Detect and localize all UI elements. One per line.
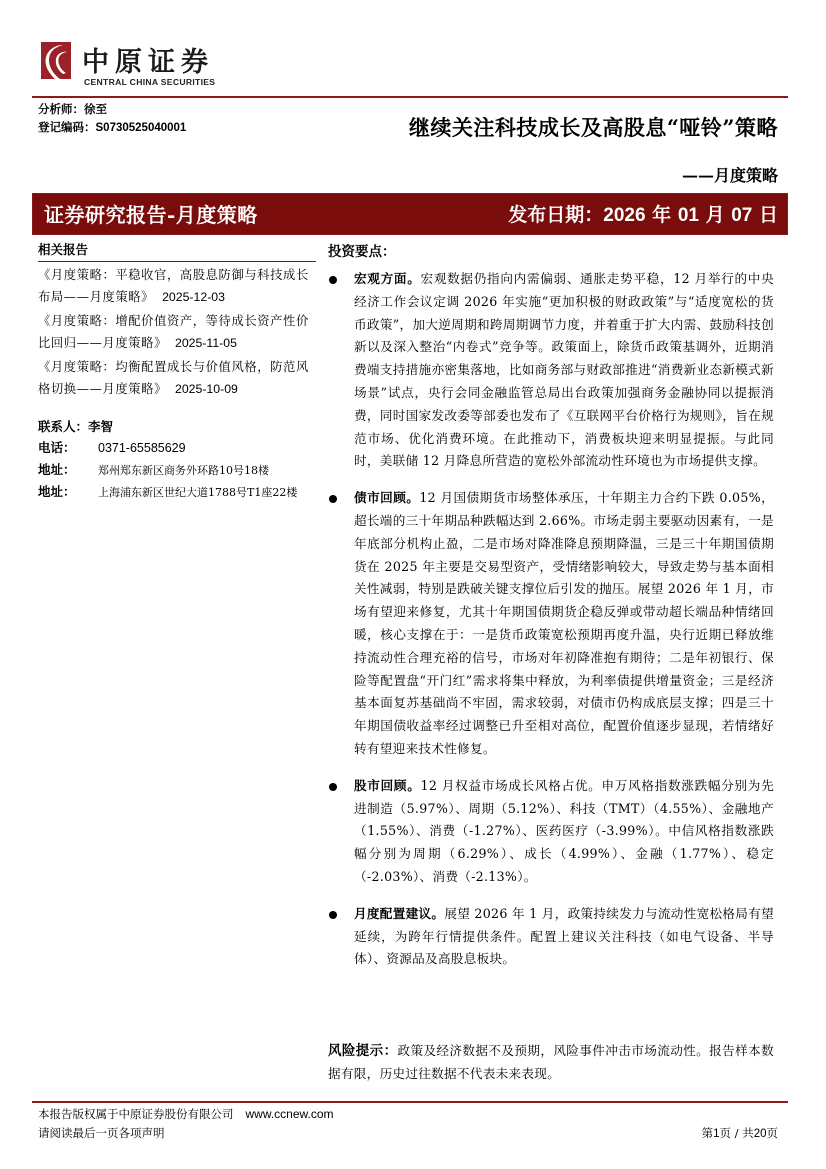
company-logo-mark xyxy=(41,42,71,79)
contact-section: 联系人：李智 电话：0371-65585629 地址：郑州郑东新区商务外环路10… xyxy=(38,416,323,503)
publish-month: 01 xyxy=(678,205,699,226)
point-body: 12 月权益市场成长风格占优。申万风格指数涨跌幅分别为先进制造（5.97%）、周… xyxy=(354,778,774,884)
contact-person-name: 李智 xyxy=(88,419,113,434)
contact-address-row: 地址：郑州郑东新区商务外环路10号18楼 xyxy=(38,459,323,481)
contact-address-row: 地址：上海浦东新区世纪大道1788号T1座22楼 xyxy=(38,481,323,503)
related-report-item[interactable]: 《月度策略：均衡配置成长与价值风格，防范风格切换——月度策略》2025-10-0… xyxy=(38,357,316,400)
related-report-date: 2025-10-09 xyxy=(175,382,238,396)
website-link[interactable]: www.ccnew.com xyxy=(246,1107,334,1121)
address-zhengzhou: 郑州郑东新区商务外环路10号18楼 xyxy=(98,464,269,477)
investment-point-bond-market: 债市回顾。12 月国债期货市场整体承压，十年期主力合约下跌 0.05%，超长端的… xyxy=(328,487,774,761)
investment-points-heading: 投资要点： xyxy=(328,240,774,260)
investment-points-section: 投资要点： 宏观方面。宏观数据仍指向内需偏弱、通胀走势平稳，12 月举行的中央经… xyxy=(328,240,774,985)
investment-point-macro: 宏观方面。宏观数据仍指向内需偏弱、通胀走势平稳，12 月举行的中央经济工作会议定… xyxy=(328,268,774,473)
logo-chinese-name: 中原证券 xyxy=(82,40,214,79)
related-report-item[interactable]: 《月度策略：增配价值资产，等待成长资产性价比回归——月度策略》2025-11-0… xyxy=(38,311,316,354)
footer-divider xyxy=(32,1101,788,1103)
logo-english-name: CENTRAL CHINA SECURITIES xyxy=(84,77,215,87)
related-report-item[interactable]: 《月度策略：平稳收官，高股息防御与科技成长布局——月度策略》2025-12-03 xyxy=(38,265,316,308)
investment-point-allocation: 月度配置建议。展望 2026 年 1 月，政策持续发力与流动性宽松格局有望延续，… xyxy=(328,903,774,971)
investment-point-stock-market: 股市回顾。12 月权益市场成长风格占优。申万风格指数涨跌幅分别为先进制造（5.9… xyxy=(328,775,774,889)
publish-day: 07 xyxy=(731,205,752,226)
publish-date-label: 发布日期： xyxy=(508,204,603,226)
investment-points-list: 宏观方面。宏观数据仍指向内需偏弱、通胀走势平稳，12 月举行的中央经济工作会议定… xyxy=(328,268,774,971)
phone-number: 0371-65585629 xyxy=(98,441,186,455)
report-type-label: 证券研究报告-月度策略 xyxy=(44,199,258,228)
logo-swirl-icon xyxy=(41,42,71,79)
related-report-title: 《月度策略：均衡配置成长与价值风格，防范风格切换——月度策略》 xyxy=(38,360,309,396)
regcode-value: S0730525040001 xyxy=(96,122,187,134)
phone-label: 电话： xyxy=(38,437,98,458)
publish-year: 2026 xyxy=(603,205,645,226)
page-suffix: 页 xyxy=(767,1126,779,1140)
footer-disclaimer: 请阅读最后一页各项声明 xyxy=(38,1125,165,1141)
related-reports-heading: 相关报告 xyxy=(38,240,316,262)
regcode-label: 登记编码： xyxy=(38,120,96,134)
related-report-title: 《月度策略：增配价值资产，等待成长资产性价比回归——月度策略》 xyxy=(38,314,309,350)
address-label: 地址： xyxy=(38,481,98,502)
related-report-date: 2025-12-03 xyxy=(162,290,225,304)
point-heading: 债市回顾。 xyxy=(354,490,419,505)
bullet-icon xyxy=(329,783,337,791)
analyst-line: 分析师：徐至 xyxy=(38,101,107,117)
month-unit: 月 xyxy=(706,204,725,226)
analyst-label: 分析师： xyxy=(38,102,84,116)
year-unit: 年 xyxy=(652,204,671,226)
contact-person-label: 联系人： xyxy=(38,416,88,437)
related-report-date: 2025-11-05 xyxy=(175,336,237,350)
registration-code-line: 登记编码：S0730525040001 xyxy=(38,119,186,135)
point-heading: 月度配置建议。 xyxy=(354,906,444,921)
header-divider xyxy=(32,96,788,98)
day-unit: 日 xyxy=(759,204,778,226)
address-label: 地址： xyxy=(38,459,98,480)
footer-copyright-line: 本报告版权属于中原证券股份有限公司www.ccnew.com xyxy=(38,1106,334,1122)
contact-person-row: 联系人：李智 xyxy=(38,416,323,437)
page-number: 第1页 / 共20页 xyxy=(702,1125,778,1141)
publish-date: 发布日期：2026 年 01 月 07 日 xyxy=(508,200,778,227)
bullet-icon xyxy=(329,495,337,503)
address-shanghai: 上海浦东新区世纪大道1788号T1座22楼 xyxy=(98,486,297,499)
bullet-icon xyxy=(329,276,337,284)
page-separator: 页 / 共 xyxy=(720,1126,754,1140)
bullet-icon xyxy=(329,911,337,919)
report-subtitle: ——月度策略 xyxy=(682,163,778,186)
related-reports-section: 相关报告 《月度策略：平稳收官，高股息防御与科技成长布局——月度策略》2025-… xyxy=(38,240,316,400)
analyst-name: 徐至 xyxy=(84,102,107,116)
report-title: 继续关注科技成长及高股息“哑铃”策略 xyxy=(409,112,778,142)
contact-phone-row: 电话：0371-65585629 xyxy=(38,437,323,459)
copyright-text: 本报告版权属于中原证券股份有限公司 xyxy=(38,1107,234,1121)
point-body: 宏观数据仍指向内需偏弱、通胀走势平稳，12 月举行的中央经济工作会议定调 202… xyxy=(354,271,774,468)
point-heading: 股市回顾。 xyxy=(354,778,421,793)
page-total: 20 xyxy=(754,1128,767,1140)
page-prefix: 第 xyxy=(702,1126,714,1140)
point-heading: 宏观方面。 xyxy=(354,271,421,286)
risk-label: 风险提示： xyxy=(328,1043,397,1059)
risk-warning: 风险提示：政策及经济数据不及预期，风险事件冲击市场流动性。报告样本数据有限，历史… xyxy=(328,1040,774,1085)
point-body: 12 月国债期货市场整体承压，十年期主力合约下跌 0.05%，超长端的三十年期品… xyxy=(354,490,774,756)
